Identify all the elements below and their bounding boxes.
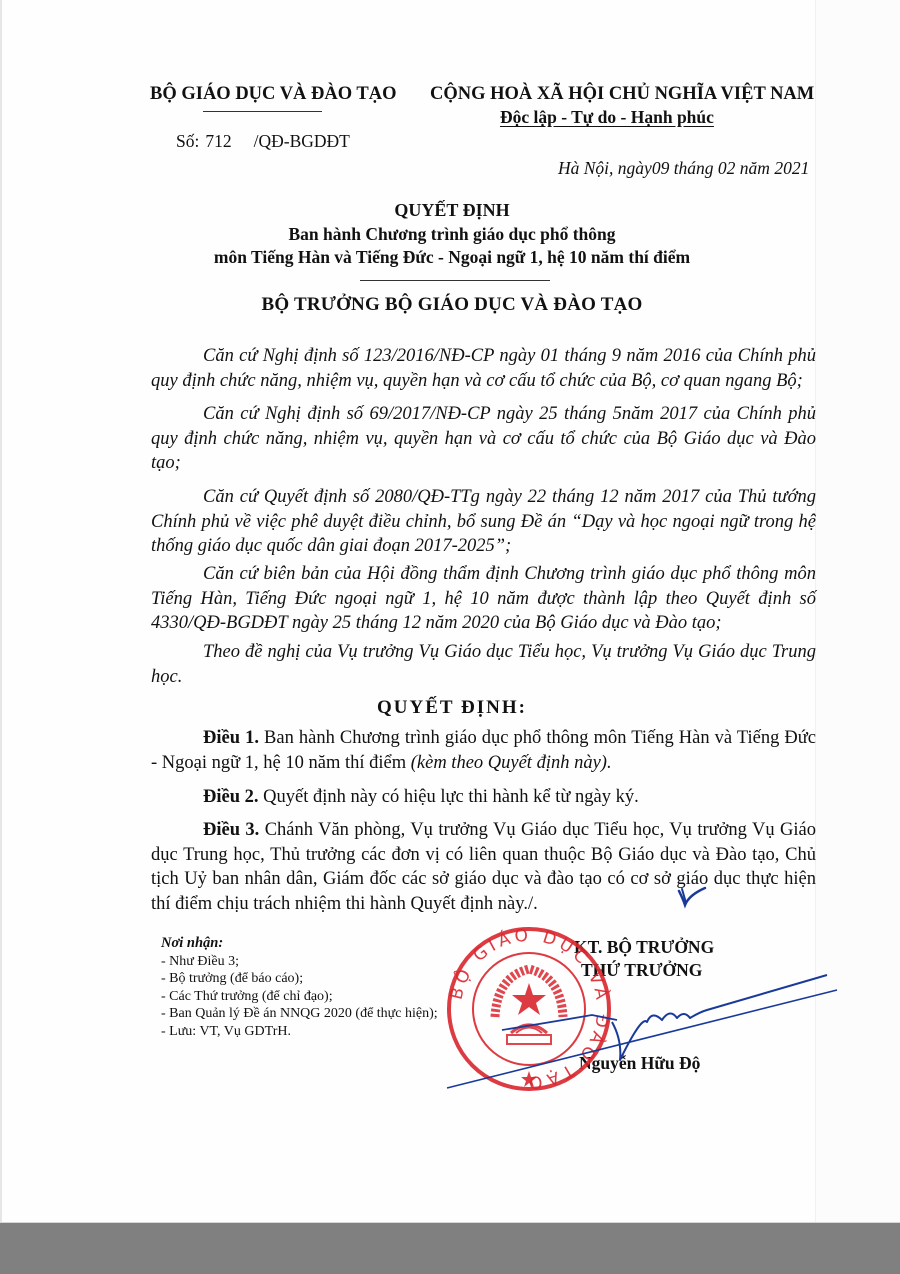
- recipients-label: Nơi nhận:: [161, 935, 438, 953]
- recipient-item: - Các Thứ trưởng (để chỉ đạo);: [161, 988, 438, 1006]
- article-1: Điều 1. Ban hành Chương trình giáo dục p…: [151, 726, 816, 775]
- preamble-paragraph: Căn cứ Quyết định số 2080/QĐ-TTg ngày 22…: [151, 485, 816, 559]
- recipient-item: - Bộ trưởng (để báo cáo);: [161, 970, 438, 988]
- decision-heading: QUYẾT ĐỊNH:: [2, 697, 900, 719]
- preamble-text: Căn cứ biên bản của Hội đồng thẩm định C…: [151, 564, 816, 633]
- ministry-underline: [203, 111, 322, 112]
- title-divider: [360, 280, 550, 281]
- preamble-text: Căn cứ Nghị định số 123/2016/NĐ-CP ngày …: [151, 346, 816, 391]
- article-2: Điều 2. Quyết định này có hiệu lực thi h…: [151, 785, 816, 810]
- checkmark-initial-icon: [677, 885, 707, 909]
- article-text: Quyết định này có hiệu lực thi hành kể t…: [259, 787, 639, 807]
- number-suffix: /QĐ-BGDĐT: [254, 131, 350, 151]
- document-number: Số:712/QĐ-BGDĐT: [176, 131, 350, 152]
- document-type-title: QUYẾT ĐỊNH: [2, 200, 900, 221]
- preamble-paragraph: Căn cứ biên bản của Hội đồng thẩm định C…: [151, 562, 816, 636]
- preamble-paragraph: Căn cứ Nghị định số 69/2017/NĐ-CP ngày 2…: [151, 402, 816, 476]
- preamble-text: Căn cứ Nghị định số 69/2017/NĐ-CP ngày 2…: [151, 404, 816, 473]
- preamble-paragraph: Căn cứ Nghị định số 123/2016/NĐ-CP ngày …: [151, 344, 816, 393]
- number-value: 712: [205, 131, 231, 151]
- article-label: Điều 3.: [203, 820, 259, 840]
- recipient-item: - Ban Quản lý Đề án NNQG 2020 (để thực h…: [161, 1005, 438, 1023]
- preamble-text: Theo đề nghị của Vụ trưởng Vụ Giáo dục T…: [151, 642, 816, 687]
- preamble-paragraph: Theo đề nghị của Vụ trưởng Vụ Giáo dục T…: [151, 640, 816, 689]
- document-page: BỘ GIÁO DỤC VÀ ĐÀO TẠO CỘNG HOÀ XÃ HỘI C…: [0, 0, 900, 1222]
- issuing-authority: BỘ TRƯỞNG BỘ GIÁO DỤC VÀ ĐÀO TẠO: [2, 294, 900, 316]
- national-motto: Độc lập - Tự do - Hạnh phúc: [500, 107, 714, 128]
- country-name: CỘNG HOÀ XÃ HỘI CHỦ NGHĨA VIỆT NAM: [430, 84, 814, 105]
- article-label: Điều 1.: [203, 728, 259, 748]
- recipient-item: - Như Điều 3;: [161, 953, 438, 971]
- ministry-name: BỘ GIÁO DỤC VÀ ĐÀO TẠO: [150, 84, 397, 105]
- subtitle-line-2: môn Tiếng Hàn và Tiếng Đức - Ngoại ngữ 1…: [2, 247, 900, 268]
- preamble-text: Căn cứ Quyết định số 2080/QĐ-TTg ngày 22…: [151, 487, 816, 556]
- article-note: (kèm theo Quyết định này).: [411, 753, 612, 773]
- subtitle-line-1: Ban hành Chương trình giáo dục phổ thông: [2, 224, 900, 245]
- recipients-block: Nơi nhận: - Như Điều 3; - Bộ trưởng (để …: [161, 935, 438, 1040]
- place-date: Hà Nội, ngày09 tháng 02 năm 2021: [558, 158, 809, 179]
- article-label: Điều 2.: [203, 787, 259, 807]
- handwritten-signature-icon: [442, 960, 842, 1090]
- number-prefix: Số:: [176, 131, 199, 151]
- article-3: Điều 3. Chánh Văn phòng, Vụ trưởng Vụ Gi…: [151, 818, 816, 916]
- viewer-bottom-bar: [0, 1222, 900, 1274]
- recipient-item: - Lưu: VT, Vụ GDTrH.: [161, 1023, 438, 1041]
